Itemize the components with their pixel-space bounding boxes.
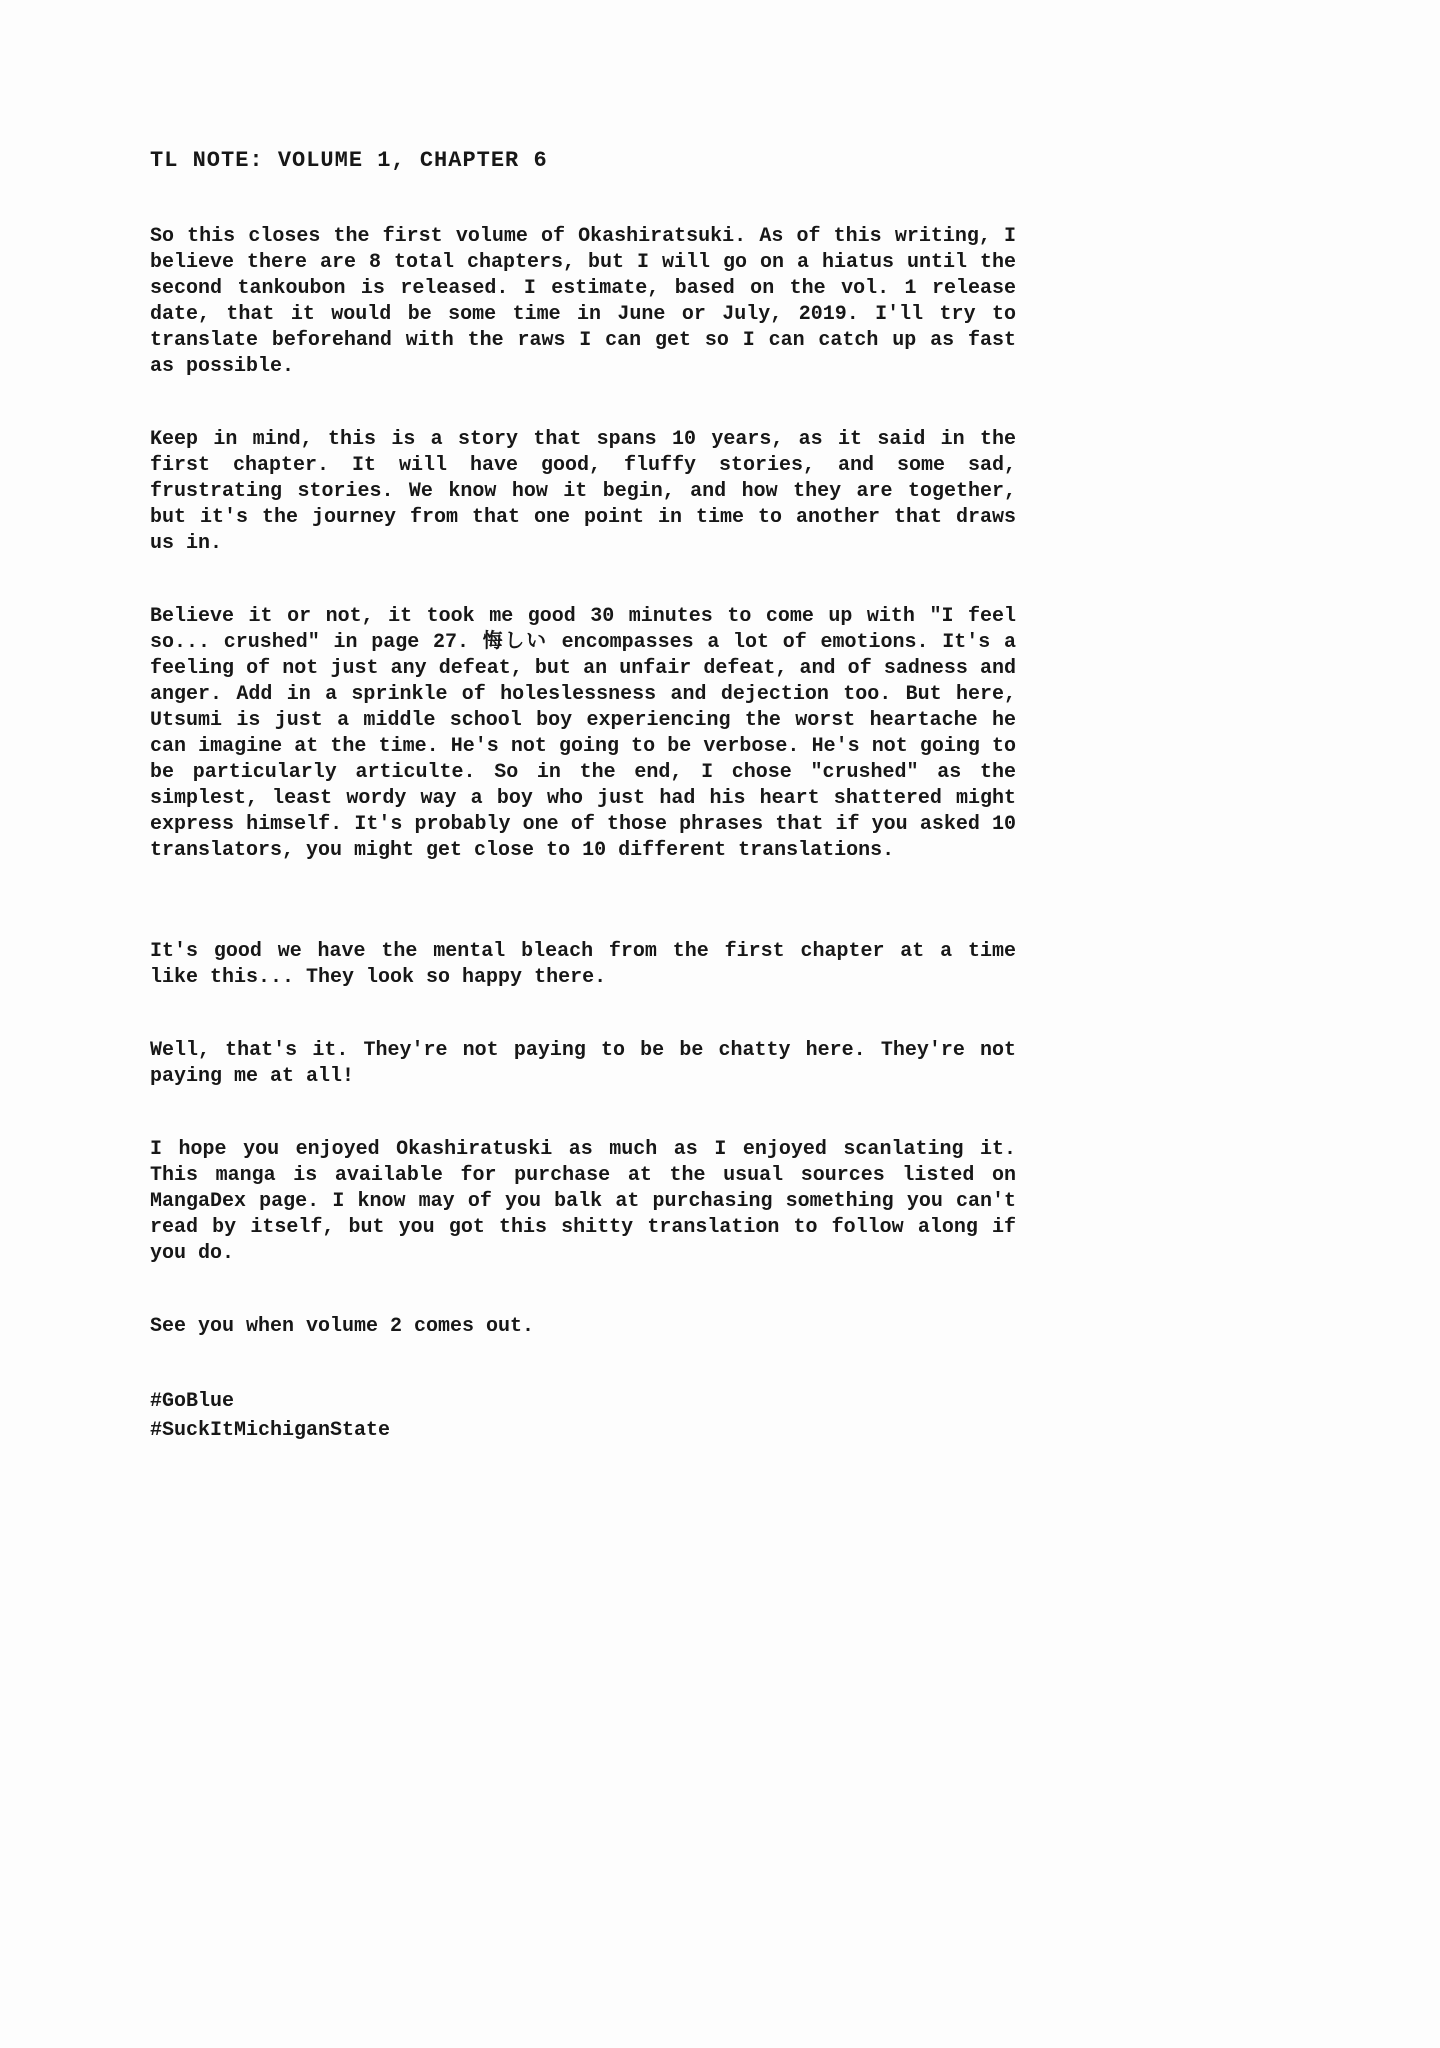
tl-note-page: TL NOTE: VOLUME 1, CHAPTER 6 So this clo…: [0, 0, 1440, 2048]
tl-note-content: TL NOTE: VOLUME 1, CHAPTER 6 So this clo…: [150, 148, 1016, 1445]
hashtag-signoff: #GoBlue #SuckItMichiganState: [150, 1387, 1016, 1445]
paragraph-story-span: Keep in mind, this is a story that spans…: [150, 427, 1016, 557]
page-title: TL NOTE: VOLUME 1, CHAPTER 6: [150, 148, 1016, 174]
paragraph-crushed-translation: Believe it or not, it took me good 30 mi…: [150, 604, 1016, 864]
paragraph-mental-bleach: It's good we have the mental bleach from…: [150, 939, 1016, 991]
paragraph-see-you: See you when volume 2 comes out.: [150, 1314, 1016, 1340]
paragraph-purchase-info: I hope you enjoyed Okashiratuski as much…: [150, 1137, 1016, 1267]
paragraph-volume-close: So this closes the first volume of Okash…: [150, 224, 1016, 380]
paragraph-not-paying: Well, that's it. They're not paying to b…: [150, 1038, 1016, 1090]
